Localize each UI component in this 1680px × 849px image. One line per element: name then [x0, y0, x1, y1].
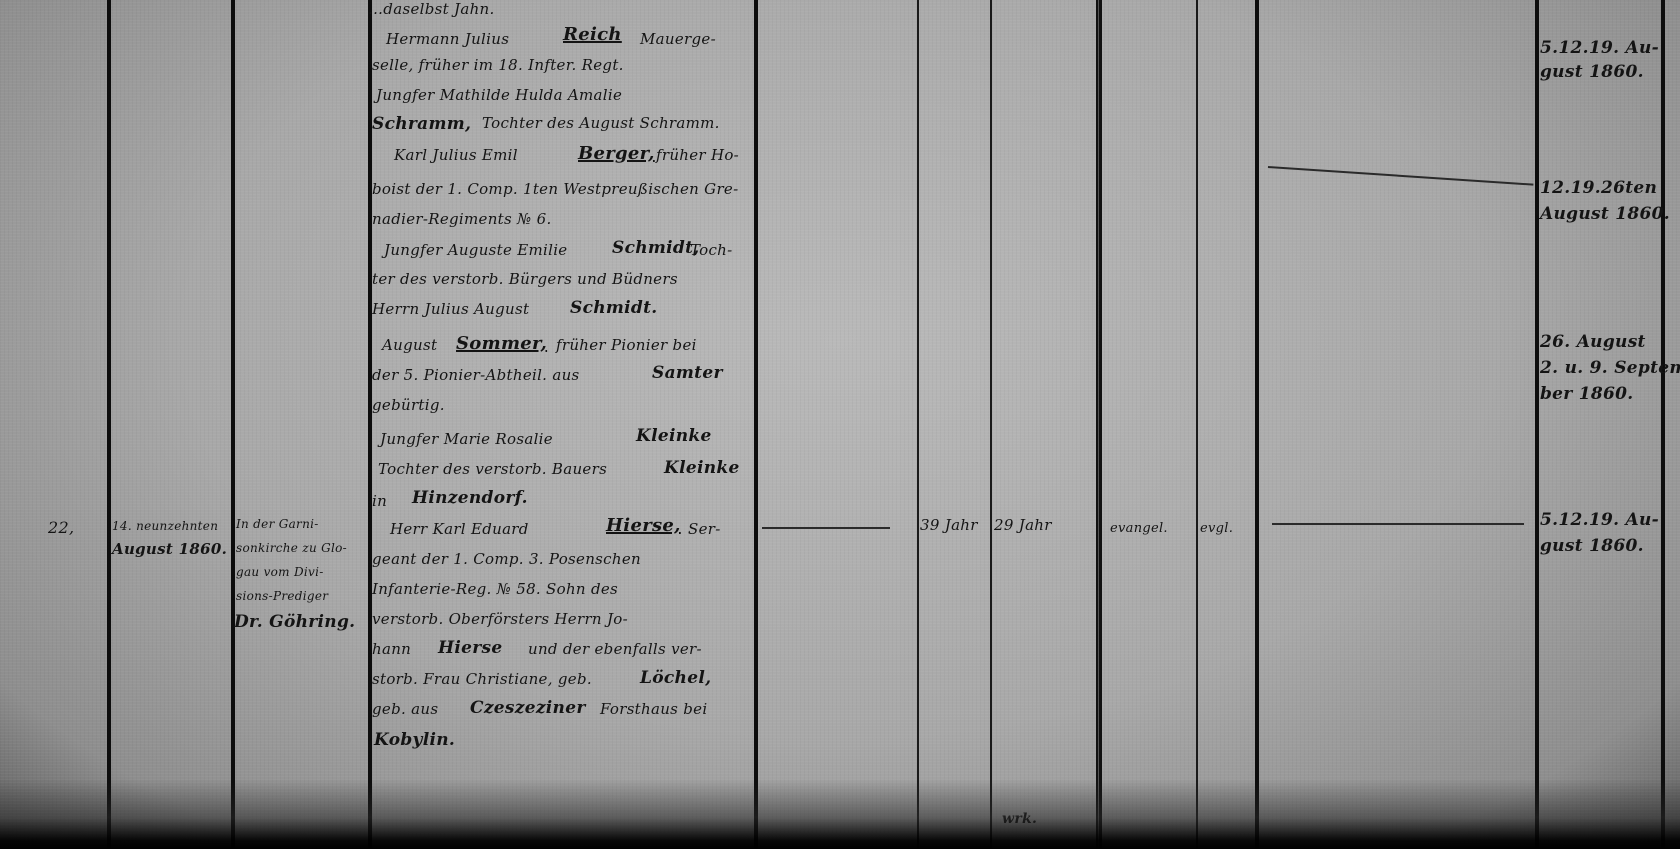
entry-line: nadier-Regiments № 6.: [372, 212, 552, 227]
entry-line: verstorb. Oberförsters Herrn Jo-: [372, 612, 628, 627]
entry-line: Tochter des verstorb. Bauers: [378, 462, 607, 477]
entry-line: Infanterie-Reg. № 58. Sohn des: [372, 582, 618, 597]
column-rule: [1535, 0, 1539, 849]
entry-line: gebürtig.: [372, 398, 445, 413]
blank-dash: [1268, 166, 1534, 185]
bride-age: 29 Jahr: [994, 518, 1052, 533]
entry-line: Hierse: [438, 640, 502, 657]
entry-line: früher Ho-: [656, 148, 739, 163]
entry-line: Tochter des August Schramm.: [482, 116, 720, 131]
officiant-name: Dr. Göhring.: [234, 614, 355, 631]
entry-line: Kleinke: [636, 428, 712, 445]
column-rule: [1661, 0, 1665, 849]
entry-line: Kobylin.: [374, 732, 455, 749]
entry-line: in: [372, 494, 387, 509]
paper-grain: [0, 0, 1680, 849]
banns-2-line2: August 1860.: [1540, 206, 1670, 223]
entry-line: selle, früher im 18. Infter. Regt.: [372, 58, 624, 73]
entry-line: Karl Julius Emil: [394, 148, 518, 163]
entry-line: Kleinke: [664, 460, 740, 477]
entry-line: Herr Karl Eduard: [390, 522, 529, 537]
entry-line: Toch-: [690, 243, 733, 258]
footer-mark: wrk.: [1002, 812, 1037, 826]
entry-line: boist der 1. Comp. 1ten Westpreußischen …: [372, 182, 738, 197]
column-rule: [107, 0, 111, 849]
entry-line: Jungfer Auguste Emilie: [384, 243, 567, 258]
entry-line: August: [382, 338, 437, 353]
groom-age: 39 Jahr: [920, 518, 978, 533]
entry-line: früher Pionier bei: [556, 338, 697, 353]
entry-line: …daselbst Jahn.: [368, 2, 495, 17]
banns-1-line1: 5.12.19. Au-: [1540, 40, 1659, 57]
groom-religion: evangel.: [1110, 522, 1168, 535]
entry-line: ter des verstorb. Bürgers und Büdners: [372, 272, 678, 287]
entry-line: der 5. Pionier-Abtheil. aus: [372, 368, 580, 383]
banns-4-line1: 5.12.19. Au-: [1540, 512, 1659, 529]
entry-line: Reich: [563, 26, 622, 44]
entry-line: Czeszeziner: [470, 700, 586, 717]
entry-date-line2: August 1860.: [112, 542, 227, 557]
entry-line: Schramm,: [372, 116, 471, 133]
entry-line: Hermann Julius: [386, 32, 509, 47]
blank-dash: [1272, 523, 1524, 525]
banns-3-line1: 26. August: [1540, 334, 1646, 351]
entry-line: Schmidt,: [612, 240, 700, 257]
entry-line: Sommer,: [456, 335, 547, 353]
entry-line: Forsthaus bei: [600, 702, 707, 717]
blank-dash: [762, 527, 890, 529]
banns-2-line1: 12.19.26ten: [1540, 180, 1657, 197]
column-rule: [1196, 0, 1198, 849]
banns-3-line3: ber 1860.: [1540, 386, 1634, 403]
entry-line: Berger,: [578, 145, 655, 163]
column-rule: [231, 0, 235, 849]
place-line-4: sions-Prediger: [236, 590, 328, 602]
column-rule: [990, 0, 992, 849]
entry-line: Löchel,: [640, 670, 711, 687]
column-rule: [917, 0, 919, 849]
banns-3-line2: 2. u. 9. Septem-: [1540, 360, 1680, 377]
entry-line: Jungfer Marie Rosalie: [380, 432, 553, 447]
entry-date-line1: 14. neunzehnten: [112, 520, 218, 532]
column-rule: [1096, 0, 1102, 849]
entry-line: geb. aus: [372, 702, 438, 717]
banns-1-line2: gust 1860.: [1540, 64, 1644, 81]
column-rule: [754, 0, 758, 849]
entry-line: Herrn Julius August: [372, 302, 529, 317]
entry-line: Hinzendorf.: [412, 490, 528, 507]
place-line-3: gau vom Divi-: [236, 566, 324, 578]
entry-line: hann: [372, 642, 411, 657]
entry-line: Schmidt.: [570, 300, 658, 317]
column-rule: [1255, 0, 1259, 849]
entry-line: Jungfer Mathilde Hulda Amalie: [376, 88, 622, 103]
place-line-2: sonkirche zu Glo-: [236, 542, 347, 554]
bride-religion: evgl.: [1200, 522, 1233, 535]
place-line-1: In der Garni-: [236, 518, 319, 530]
entry-line: storb. Frau Christiane, geb.: [372, 672, 592, 687]
entry-line: Samter: [652, 365, 723, 382]
entry-line: Ser-: [688, 522, 721, 537]
entry-line: geant der 1. Comp. 3. Posenschen: [372, 552, 641, 567]
entry-line: und der ebenfalls ver-: [528, 642, 702, 657]
entry-number: 22,: [48, 520, 74, 536]
entry-line: Hierse,: [606, 517, 681, 535]
entry-line: Mauerge-: [640, 32, 716, 47]
banns-4-line2: gust 1860.: [1540, 538, 1644, 555]
register-page: …daselbst Jahn.Hermann JuliusReichMauerg…: [0, 0, 1680, 849]
